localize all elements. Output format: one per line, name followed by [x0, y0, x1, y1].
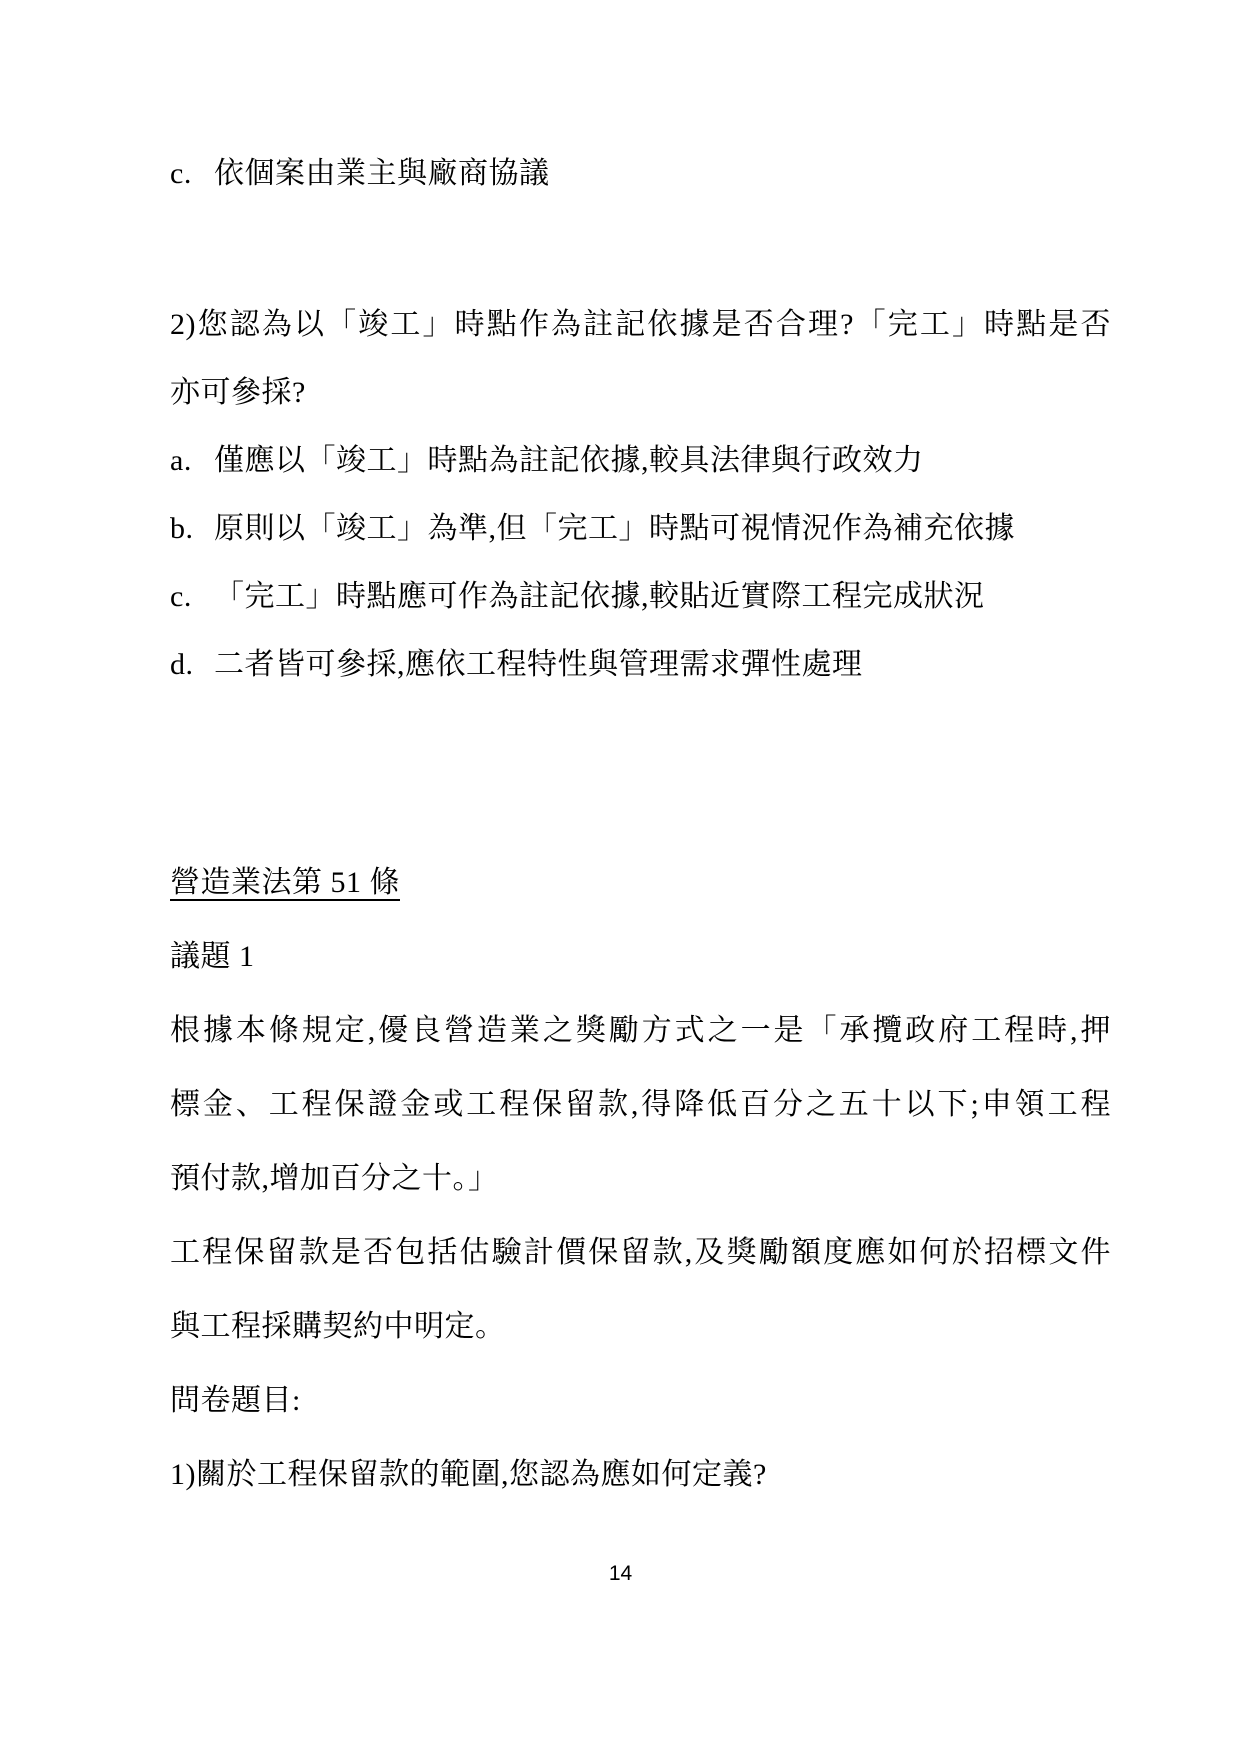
prior-option-block: c.依個案由業主與廠商協議 — [170, 140, 1111, 208]
page-number: 14 — [0, 1562, 1241, 1586]
option-label: d. — [170, 631, 214, 699]
section-article51-block: 營造業法第 51 條 議題 1 根據本條規定,優良營造業之獎勵方式之一是「承攬政… — [170, 846, 1111, 1512]
option-text: 僅應以「竣工」時點為註記依據,較具法律與行政效力 — [214, 444, 924, 477]
option-label: c. — [170, 563, 214, 631]
document-body: c.依個案由業主與廠商協議 2)您認為以「竣工」時點作為註記依據是否合理?「完工… — [170, 140, 1111, 1512]
answer-option-c-prior: c.依個案由業主與廠商協議 — [170, 140, 1111, 208]
answer-option-c: c.「完工」時點應可作為註記依據,較貼近實際工程完成狀況 — [170, 563, 1111, 631]
body-line: 根據本條規定,優良營造業之獎勵方式之一是「承攬政府工程時,押 — [170, 994, 1111, 1068]
option-label: a. — [170, 427, 214, 495]
question2-block: 2)您認為以「竣工」時點作為註記依據是否合理?「完工」時點是否 亦可參採? a.… — [170, 291, 1111, 699]
answer-option-a: a.僅應以「竣工」時點為註記依據,較具法律與行政效力 — [170, 427, 1111, 495]
body-line: 預付款,增加百分之十。」 — [170, 1142, 1111, 1216]
section-heading-text: 營造業法第 51 條 — [170, 866, 400, 899]
body-line: 與工程採購契約中明定。 — [170, 1290, 1111, 1364]
option-text: 依個案由業主與廠商協議 — [214, 157, 550, 190]
option-text: 二者皆可參採,應依工程特性與管理需求彈性處理 — [214, 648, 863, 681]
option-text: 原則以「竣工」為準,但「完工」時點可視情況作為補充依據 — [214, 512, 1015, 545]
question2-line2: 亦可參採? — [170, 359, 1111, 427]
option-text: 「完工」時點應可作為註記依據,較貼近實際工程完成狀況 — [214, 580, 985, 613]
question2-line1: 2)您認為以「竣工」時點作為註記依據是否合理?「完工」時點是否 — [170, 291, 1111, 359]
answer-option-d: d.二者皆可參採,應依工程特性與管理需求彈性處理 — [170, 631, 1111, 699]
questionnaire-label: 問卷題目: — [170, 1364, 1111, 1438]
option-label: c. — [170, 140, 214, 208]
option-label: b. — [170, 495, 214, 563]
body-line: 標金、工程保證金或工程保留款,得降低百分之五十以下;申領工程 — [170, 1068, 1111, 1142]
answer-option-b: b.原則以「竣工」為準,但「完工」時點可視情況作為補充依據 — [170, 495, 1111, 563]
question1-line: 1)關於工程保留款的範圍,您認為應如何定義? — [170, 1438, 1111, 1512]
section-heading: 營造業法第 51 條 — [170, 846, 1111, 920]
topic-heading: 議題 1 — [170, 920, 1111, 994]
body-line: 工程保留款是否包括估驗計價保留款,及獎勵額度應如何於招標文件 — [170, 1216, 1111, 1290]
